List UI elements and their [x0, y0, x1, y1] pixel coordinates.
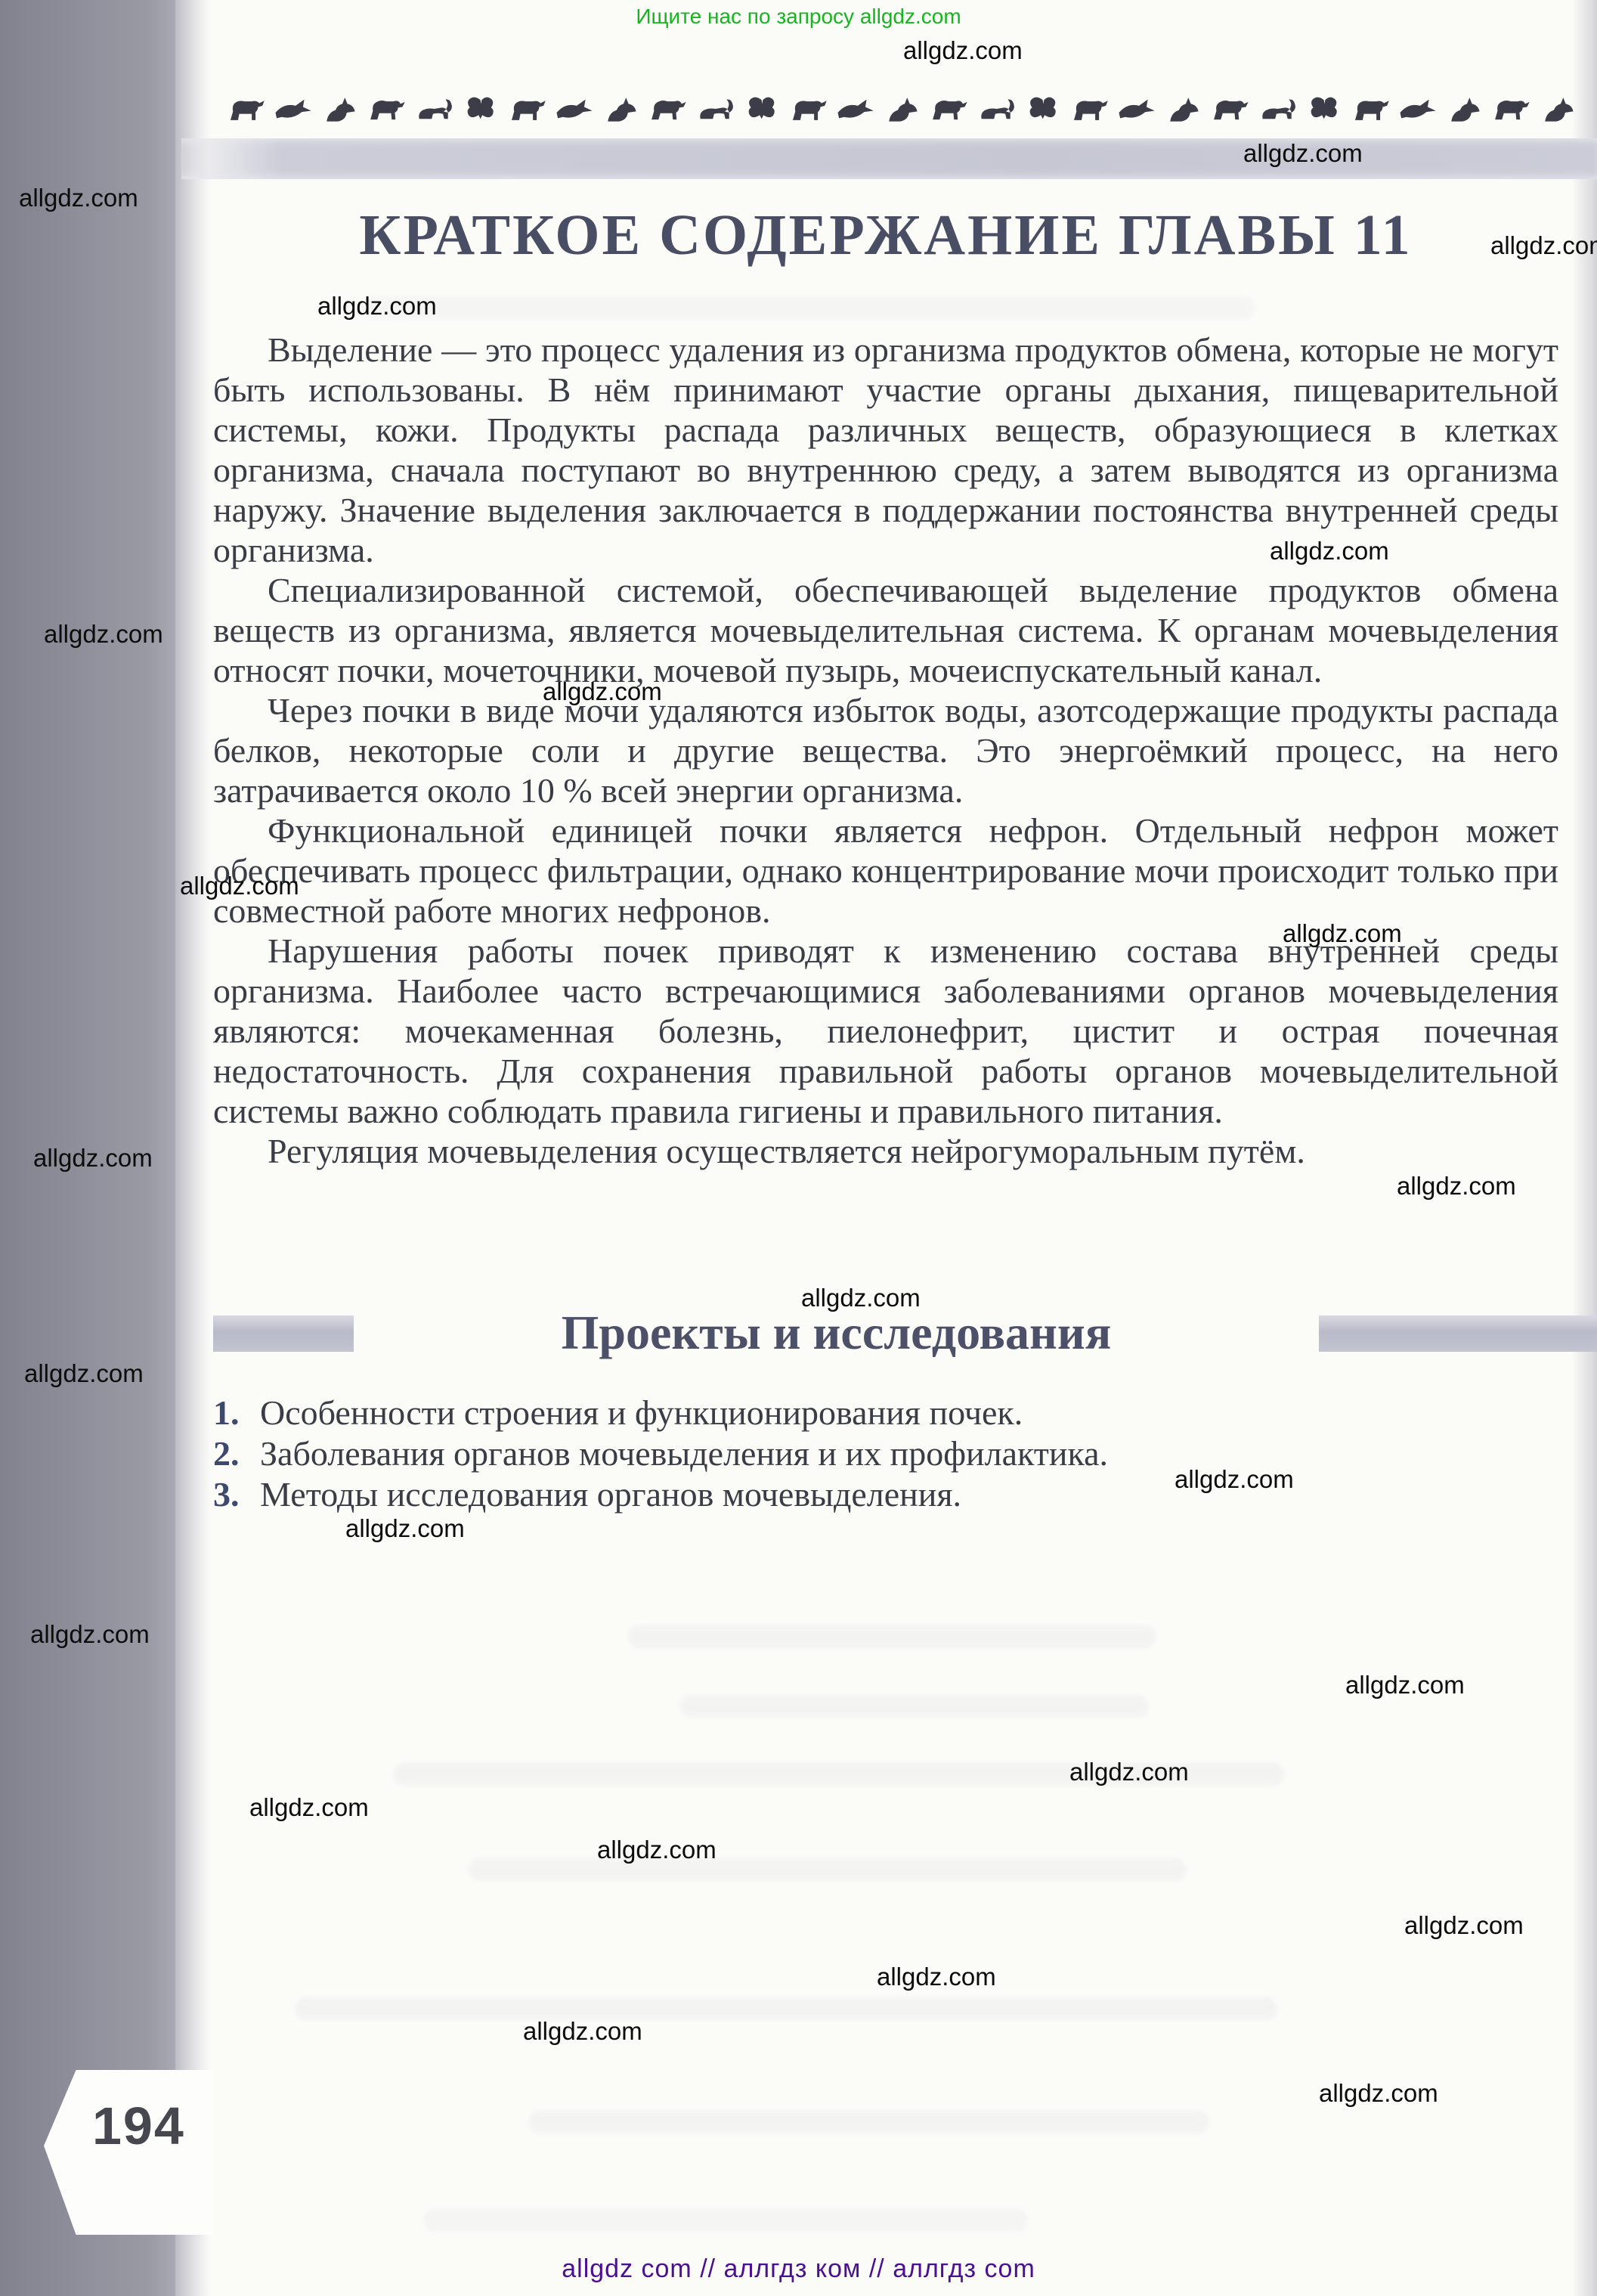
- header-decor-bar-right: [1319, 1315, 1597, 1352]
- watermark-text: allgdz.com: [44, 620, 163, 649]
- horse-icon: [1211, 92, 1251, 125]
- watermark-text: allgdz.com: [903, 36, 1023, 65]
- footer-watermark-text: allgdz com // аллгдз ком // аллгдз com: [0, 2254, 1597, 2284]
- bird-icon: [1539, 92, 1579, 125]
- watermark-text: allgdz.com: [801, 1284, 921, 1312]
- showthrough-ghost-text: [529, 2111, 1209, 2133]
- butterfly-icon: [1305, 92, 1345, 125]
- summary-text-block: Выделение — это процесс удаления из орга…: [213, 330, 1558, 1306]
- summary-paragraph: Регуляция мочевыделения осуществляется н…: [213, 1131, 1558, 1171]
- projects-section-header: Проекты и исследования: [213, 1309, 1558, 1356]
- watermark-text: allgdz.com: [317, 292, 437, 321]
- list-item-text: Методы исследования органов мочевыделени…: [260, 1474, 961, 1515]
- promo-watermark-text: Ищите нас по запросу allgdz.com: [0, 5, 1597, 29]
- page-right-edge-shade: [1571, 0, 1597, 2296]
- butterfly-icon: [1023, 92, 1063, 125]
- list-item-text: Особенности строения и функционирования …: [260, 1393, 1023, 1433]
- page-edge-gradient: [175, 0, 210, 2296]
- whale-icon: [555, 92, 595, 125]
- bird-icon: [320, 92, 361, 125]
- scorpion-icon: [976, 92, 1017, 125]
- bird-icon: [1164, 92, 1204, 125]
- elk-icon: [789, 92, 829, 125]
- watermark-text: allgdz.com: [30, 1620, 150, 1649]
- chapter-banner-bar: [181, 138, 1597, 179]
- showthrough-ghost-text: [363, 296, 1255, 319]
- list-item: 2. Заболевания органов мочевыделения и и…: [213, 1433, 1558, 1474]
- list-item-text: Заболевания органов мочевыделения и их п…: [260, 1433, 1108, 1474]
- watermark-text: allgdz.com: [19, 184, 138, 212]
- list-item-number: 3.: [213, 1474, 246, 1515]
- watermark-text: allgdz.com: [33, 1144, 153, 1173]
- watermark-text: allgdz.com: [1404, 1911, 1524, 1940]
- watermark-text: allgdz.com: [180, 872, 299, 900]
- bird-icon: [1445, 92, 1485, 125]
- elk-icon: [1070, 92, 1110, 125]
- list-item: 1. Особенности строения и функционирован…: [213, 1393, 1558, 1433]
- horse-icon: [1492, 92, 1532, 125]
- showthrough-ghost-text: [295, 1997, 1277, 2020]
- showthrough-ghost-text: [680, 1695, 1149, 1718]
- showthrough-ghost-text: [423, 2209, 1028, 2232]
- elk-icon: [508, 92, 548, 125]
- watermark-text: allgdz.com: [1319, 2079, 1438, 2108]
- watermark-text: allgdz.com: [1243, 139, 1363, 168]
- list-item-number: 2.: [213, 1433, 246, 1474]
- whale-icon: [1117, 92, 1157, 125]
- butterfly-icon: [461, 92, 501, 125]
- elk-icon: [227, 92, 267, 125]
- horse-icon: [367, 92, 407, 125]
- watermark-text: allgdz.com: [1069, 1758, 1189, 1786]
- bird-icon: [883, 92, 923, 125]
- watermark-text: allgdz.com: [597, 1836, 716, 1864]
- scorpion-icon: [1258, 92, 1298, 125]
- page-number: 194: [92, 2096, 185, 2156]
- list-item: 3. Методы исследования органов мочевыдел…: [213, 1474, 1558, 1515]
- watermark-text: allgdz.com: [249, 1793, 369, 1822]
- header-decor-bar-left: [213, 1315, 354, 1352]
- watermark-text: allgdz.com: [1270, 537, 1389, 565]
- animal-silhouette-strip: [227, 82, 1597, 125]
- chapter-title: КРАТКОЕ СОДЕРЖАНИЕ ГЛАВЫ 11: [213, 203, 1558, 268]
- watermark-text: allgdz.com: [24, 1359, 144, 1388]
- summary-paragraph: Специализированной системой, обеспечиваю…: [213, 570, 1558, 690]
- page-number-tab: 194: [44, 2070, 213, 2235]
- bird-icon: [602, 92, 642, 125]
- scorpion-icon: [414, 92, 454, 125]
- list-item-number: 1.: [213, 1393, 246, 1433]
- whale-icon: [1398, 92, 1438, 125]
- watermark-text: allgdz.com: [1283, 919, 1402, 948]
- showthrough-ghost-text: [627, 1625, 1156, 1648]
- projects-heading: Проекты и исследования: [354, 1305, 1319, 1361]
- showthrough-ghost-text: [469, 1858, 1187, 1881]
- whale-icon: [836, 92, 876, 125]
- watermark-text: allgdz.com: [1397, 1172, 1516, 1201]
- elk-icon: [1351, 92, 1391, 125]
- whale-icon: [274, 92, 314, 125]
- watermark-text: allgdz.com: [523, 2017, 642, 2046]
- summary-paragraph: Функциональной единицей почки является н…: [213, 810, 1558, 931]
- summary-paragraph: Нарушения работы почек приводят к измене…: [213, 931, 1558, 1131]
- watermark-text: allgdz.com: [1490, 231, 1597, 260]
- watermark-text: allgdz.com: [877, 1963, 996, 1991]
- watermark-text: allgdz.com: [543, 677, 662, 706]
- watermark-text: allgdz.com: [345, 1514, 465, 1543]
- summary-paragraph: Через почки в виде мочи удаляются избыто…: [213, 690, 1558, 810]
- horse-icon: [648, 92, 689, 125]
- watermark-text: allgdz.com: [1345, 1671, 1465, 1700]
- watermark-text: allgdz.com: [1175, 1465, 1294, 1494]
- scorpion-icon: [695, 92, 735, 125]
- textbook-page: Ищите нас по запросу allgdz.com КРАТКОЕ …: [0, 0, 1597, 2296]
- horse-icon: [930, 92, 970, 125]
- butterfly-icon: [742, 92, 782, 125]
- projects-list: 1. Особенности строения и функционирован…: [213, 1393, 1558, 1515]
- summary-paragraph: Выделение — это процесс удаления из орга…: [213, 330, 1558, 570]
